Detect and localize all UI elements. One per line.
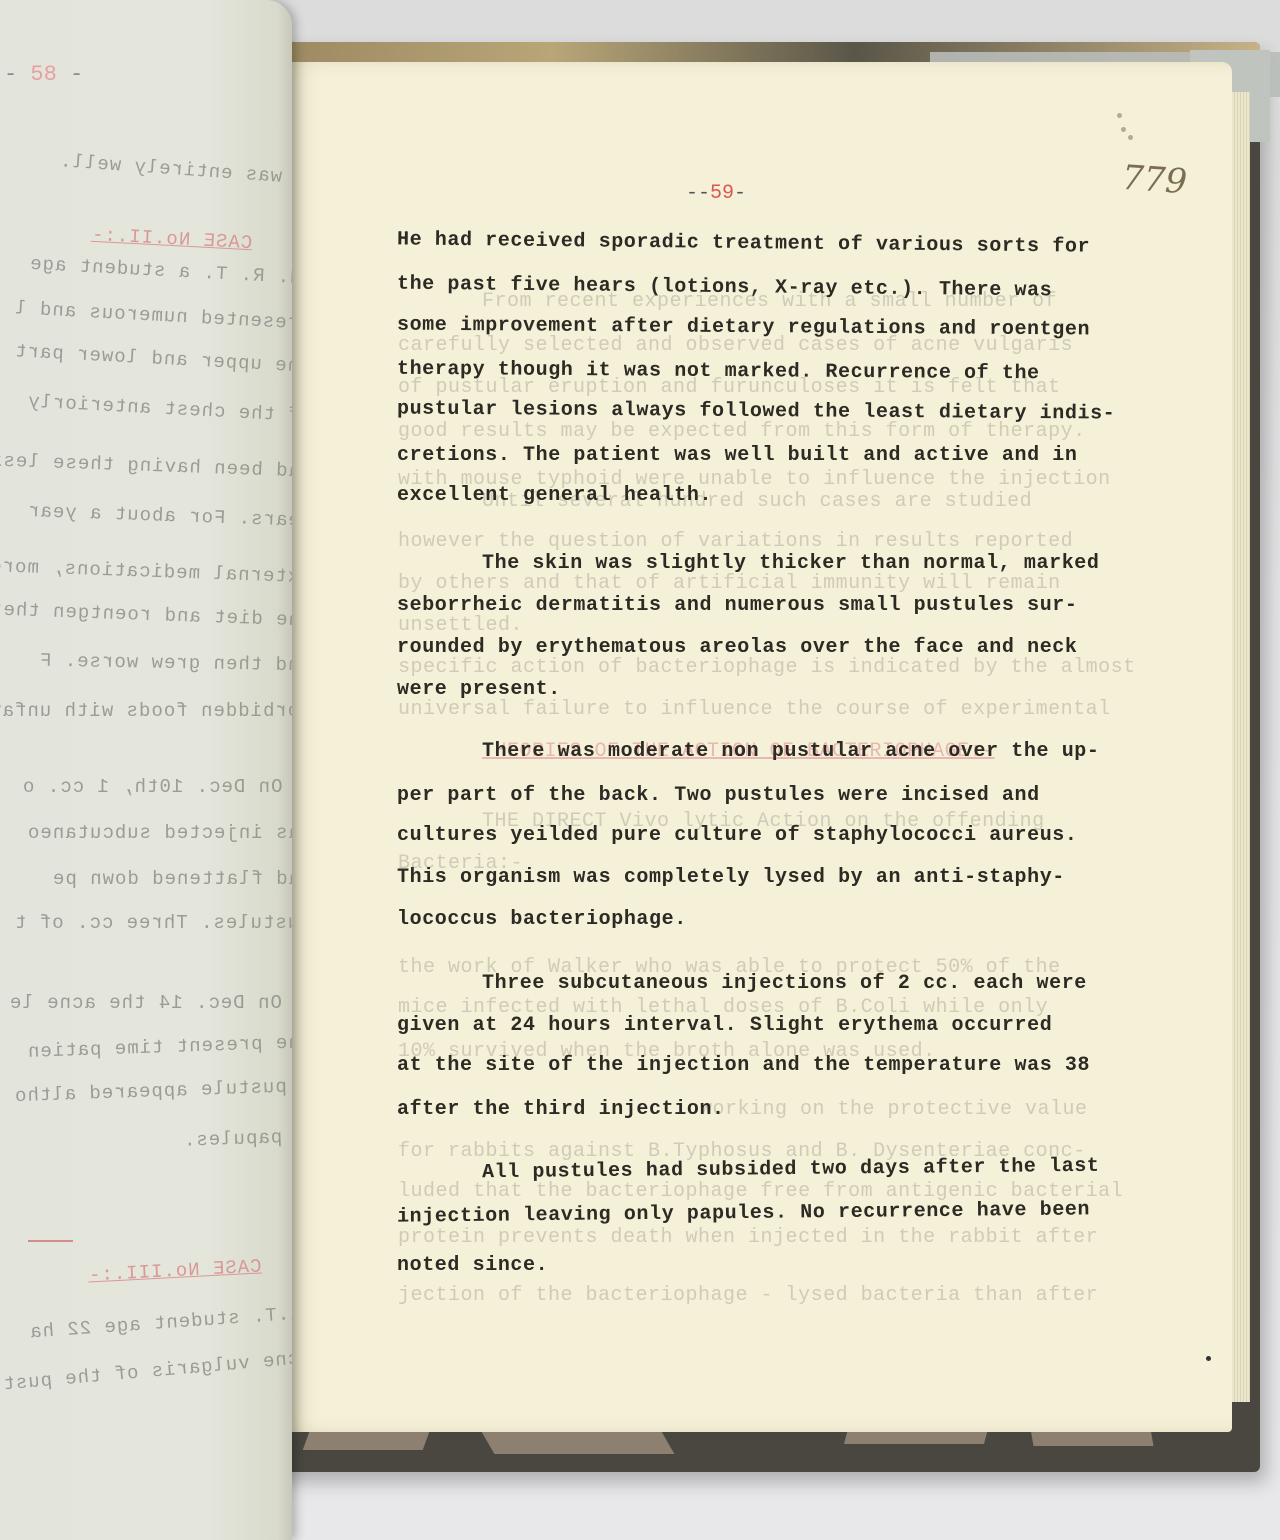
page-number-suffix: - [734, 182, 746, 205]
mirrored-line: L.T. student age 22 ha [29, 1303, 292, 1344]
mirrored-line: had flattened down pe [52, 868, 292, 890]
bleed-line: jection of the bacteriophage - lysed bac… [398, 1284, 1098, 1307]
left-page-number: - 58 - [4, 62, 83, 87]
mirrored-line: pustules. Three cc. of t [14, 912, 292, 934]
text-line: therapy though it was not marked. Recurr… [397, 358, 1040, 385]
text-line: rounded by erythematous areolas over the… [397, 636, 1078, 659]
mirrored-line: the present time patien [26, 1031, 292, 1063]
bleed-line: by others and that of artificial immunit… [398, 572, 1061, 595]
text-line: This organism was completely lysed by an… [397, 866, 1065, 889]
mirrored-heading: CASE No.II.:- [90, 224, 252, 254]
text-line: Three subcutaneous injections of 2 cc. e… [482, 972, 1087, 995]
mirrored-line: acne vulgaris of the pust [2, 1347, 292, 1396]
bleed-line: working on the protective value [700, 1098, 1088, 1121]
bleed-line: specific action of bacteriophage is indi… [398, 656, 1136, 679]
handwritten-annotation: 779 [1121, 158, 1189, 202]
mirrored-line: M. R. T. a student age [29, 253, 292, 289]
text-line: lococcus bacteriophage. [397, 908, 687, 931]
page-number-prefix: -- [686, 182, 710, 205]
mirrored-line: and then grew worse. F [39, 650, 292, 677]
mirrored-heading: CASE No.III.:- [88, 1255, 263, 1286]
text-line: noted since. [397, 1254, 548, 1277]
red-rule [28, 1240, 73, 1242]
text-line: after the third injection. [397, 1098, 725, 1121]
page-number: --59- [686, 182, 746, 205]
text-line: were present. [397, 678, 561, 701]
bleed-line: unsettled. [398, 614, 523, 637]
text-line: given at 24 hours interval. Slight eryth… [397, 1014, 1052, 1037]
bleed-line: however the question of variations in re… [398, 530, 1073, 553]
mirrored-line: On Dec. 10th, 1 cc. o [22, 776, 282, 798]
left-page-number-suffix: - [70, 62, 83, 87]
text-line: excellent general health. [397, 484, 712, 507]
punch-mark [1128, 135, 1133, 140]
mirrored-line: the diet and roentgen ther [0, 598, 292, 631]
mirrored-line: was injected subcutaneo [27, 822, 292, 844]
bleed-line: protein prevents death when injected in … [398, 1226, 1098, 1249]
mirrored-line: a pustule appeared altho [14, 1075, 292, 1107]
text-line: cultures yeilded pure culture of staphyl… [397, 824, 1078, 847]
bleed-line: universal failure to influence the cours… [398, 698, 1111, 721]
text-line: at the site of the injection and the tem… [397, 1054, 1090, 1077]
text-line: There was moderate non pustular acne ove… [482, 740, 1100, 763]
punch-mark [1121, 127, 1126, 132]
mirrored-line: presented numerous and l [14, 297, 292, 335]
mirrored-line: had been having these lesi [0, 449, 292, 482]
mirrored-line: years. For about a year [26, 500, 292, 532]
mirrored-line: On Dec. 14 the acne le [9, 992, 282, 1014]
text-line: seborrheic dermatitis and numerous small… [397, 594, 1078, 617]
left-page-number-value: 58 [30, 62, 56, 87]
mirrored-line: the upper and lower part [14, 340, 292, 378]
text-line: cretions. The patient was well built and… [397, 444, 1078, 467]
punch-mark [1117, 113, 1122, 118]
text-line: per part of the back. Two pustules were … [397, 784, 1040, 807]
mirrored-line: external medications, more or [0, 554, 292, 589]
mirrored-line: of the chest anteriorly [26, 391, 292, 428]
left-page: - 58 - was entirely well. CASE No.II.:- … [0, 0, 292, 1540]
text-line: The skin was slightly thicker than norma… [482, 552, 1100, 575]
mirrored-line: was entirely well. [58, 150, 282, 188]
page-stack-edge [1232, 92, 1250, 1402]
mirrored-line: forbidden foods with unfavour [0, 700, 292, 722]
mirrored-line: papules. [182, 1126, 282, 1151]
left-page-number-prefix: - [4, 62, 17, 87]
ink-dot [1206, 1356, 1211, 1361]
text-line: some improvement after dietary regulatio… [397, 314, 1090, 342]
page-number-value: 59 [710, 182, 734, 205]
